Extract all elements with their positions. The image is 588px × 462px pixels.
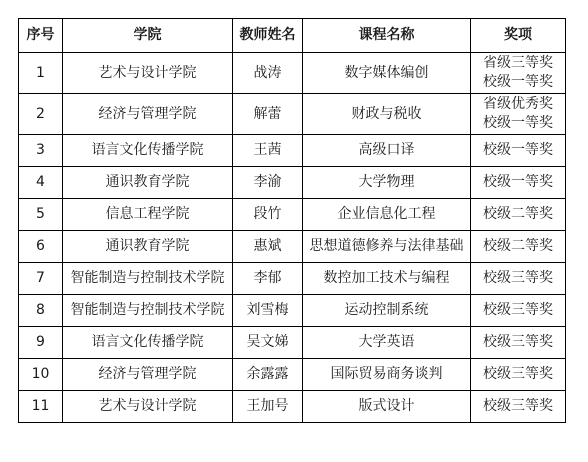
cell-course: 高级口译 [303, 135, 471, 167]
table-row: 10 经济与管理学院 余露露 国际贸易商务谈判 校级三等奖 [19, 359, 566, 391]
table-row: 7 智能制造与控制技术学院 李郁 数控加工技术与编程 校级三等奖 [19, 263, 566, 295]
page: 序号 学院 教师姓名 课程名称 奖项 1 艺术与设计学院 战涛 数字媒体编创 省… [0, 0, 588, 462]
cell-course: 思想道德修养与法律基础 [303, 231, 471, 263]
cell-award: 校级三等奖 [471, 263, 566, 295]
header-course: 课程名称 [303, 19, 471, 53]
cell-index: 8 [19, 295, 63, 327]
table-row: 2 经济与管理学院 解蕾 财政与税收 省级优秀奖校级一等奖 [19, 94, 566, 135]
table-row: 11 艺术与设计学院 王加号 版式设计 校级三等奖 [19, 391, 566, 423]
cell-teacher: 战涛 [233, 53, 303, 94]
cell-index: 2 [19, 94, 63, 135]
cell-award: 校级三等奖 [471, 391, 566, 423]
award-line: 校级三等奖 [473, 269, 563, 288]
cell-course: 大学英语 [303, 327, 471, 359]
cell-index: 7 [19, 263, 63, 295]
cell-course: 运动控制系统 [303, 295, 471, 327]
table-row: 4 通识教育学院 李渝 大学物理 校级一等奖 [19, 167, 566, 199]
cell-award: 省级优秀奖校级一等奖 [471, 94, 566, 135]
cell-teacher: 段竹 [233, 199, 303, 231]
cell-college: 智能制造与控制技术学院 [63, 263, 233, 295]
cell-course: 财政与税收 [303, 94, 471, 135]
cell-index: 10 [19, 359, 63, 391]
cell-award: 校级三等奖 [471, 295, 566, 327]
cell-award: 校级三等奖 [471, 327, 566, 359]
cell-course: 大学物理 [303, 167, 471, 199]
cell-college: 智能制造与控制技术学院 [63, 295, 233, 327]
cell-award: 校级一等奖 [471, 167, 566, 199]
header-index: 序号 [19, 19, 63, 53]
cell-teacher: 解蕾 [233, 94, 303, 135]
header-teacher: 教师姓名 [233, 19, 303, 53]
cell-index: 4 [19, 167, 63, 199]
cell-teacher: 李郁 [233, 263, 303, 295]
cell-teacher: 刘雪梅 [233, 295, 303, 327]
cell-course: 企业信息化工程 [303, 199, 471, 231]
header-row: 序号 学院 教师姓名 课程名称 奖项 [19, 19, 566, 53]
cell-index: 11 [19, 391, 63, 423]
award-line: 校级三等奖 [473, 301, 563, 320]
award-line: 校级三等奖 [473, 333, 563, 352]
cell-course: 数字媒体编创 [303, 53, 471, 94]
header-college: 学院 [63, 19, 233, 53]
cell-college: 语言文化传播学院 [63, 135, 233, 167]
cell-award: 校级二等奖 [471, 231, 566, 263]
cell-course: 国际贸易商务谈判 [303, 359, 471, 391]
table-row: 6 通识教育学院 惠斌 思想道德修养与法律基础 校级二等奖 [19, 231, 566, 263]
cell-index: 9 [19, 327, 63, 359]
cell-award: 校级二等奖 [471, 199, 566, 231]
header-award: 奖项 [471, 19, 566, 53]
cell-college: 通识教育学院 [63, 231, 233, 263]
cell-college: 艺术与设计学院 [63, 53, 233, 94]
cell-teacher: 吴文娣 [233, 327, 303, 359]
award-line: 校级一等奖 [473, 73, 563, 92]
cell-index: 5 [19, 199, 63, 231]
cell-award: 校级一等奖 [471, 135, 566, 167]
cell-index: 3 [19, 135, 63, 167]
awards-table: 序号 学院 教师姓名 课程名称 奖项 1 艺术与设计学院 战涛 数字媒体编创 省… [18, 18, 566, 423]
cell-college: 经济与管理学院 [63, 359, 233, 391]
cell-course: 数控加工技术与编程 [303, 263, 471, 295]
cell-course: 版式设计 [303, 391, 471, 423]
table-header: 序号 学院 教师姓名 课程名称 奖项 [19, 19, 566, 53]
cell-teacher: 王加号 [233, 391, 303, 423]
award-line: 省级三等奖 [473, 54, 563, 73]
table-row: 5 信息工程学院 段竹 企业信息化工程 校级二等奖 [19, 199, 566, 231]
award-line: 省级优秀奖 [473, 95, 563, 114]
award-line: 校级二等奖 [473, 237, 563, 256]
table-row: 3 语言文化传播学院 王茜 高级口译 校级一等奖 [19, 135, 566, 167]
award-line: 校级二等奖 [473, 205, 563, 224]
cell-teacher: 李渝 [233, 167, 303, 199]
table-row: 9 语言文化传播学院 吴文娣 大学英语 校级三等奖 [19, 327, 566, 359]
cell-college: 艺术与设计学院 [63, 391, 233, 423]
table-body: 1 艺术与设计学院 战涛 数字媒体编创 省级三等奖校级一等奖 2 经济与管理学院… [19, 53, 566, 423]
cell-index: 1 [19, 53, 63, 94]
cell-teacher: 余露露 [233, 359, 303, 391]
award-line: 校级三等奖 [473, 397, 563, 416]
cell-index: 6 [19, 231, 63, 263]
award-line: 校级一等奖 [473, 114, 563, 133]
award-line: 校级一等奖 [473, 173, 563, 192]
cell-teacher: 王茜 [233, 135, 303, 167]
cell-college: 语言文化传播学院 [63, 327, 233, 359]
cell-college: 通识教育学院 [63, 167, 233, 199]
cell-teacher: 惠斌 [233, 231, 303, 263]
cell-award: 校级三等奖 [471, 359, 566, 391]
award-line: 校级三等奖 [473, 365, 563, 384]
cell-college: 经济与管理学院 [63, 94, 233, 135]
award-line: 校级一等奖 [473, 141, 563, 160]
table-row: 1 艺术与设计学院 战涛 数字媒体编创 省级三等奖校级一等奖 [19, 53, 566, 94]
cell-college: 信息工程学院 [63, 199, 233, 231]
cell-award: 省级三等奖校级一等奖 [471, 53, 566, 94]
table-row: 8 智能制造与控制技术学院 刘雪梅 运动控制系统 校级三等奖 [19, 295, 566, 327]
